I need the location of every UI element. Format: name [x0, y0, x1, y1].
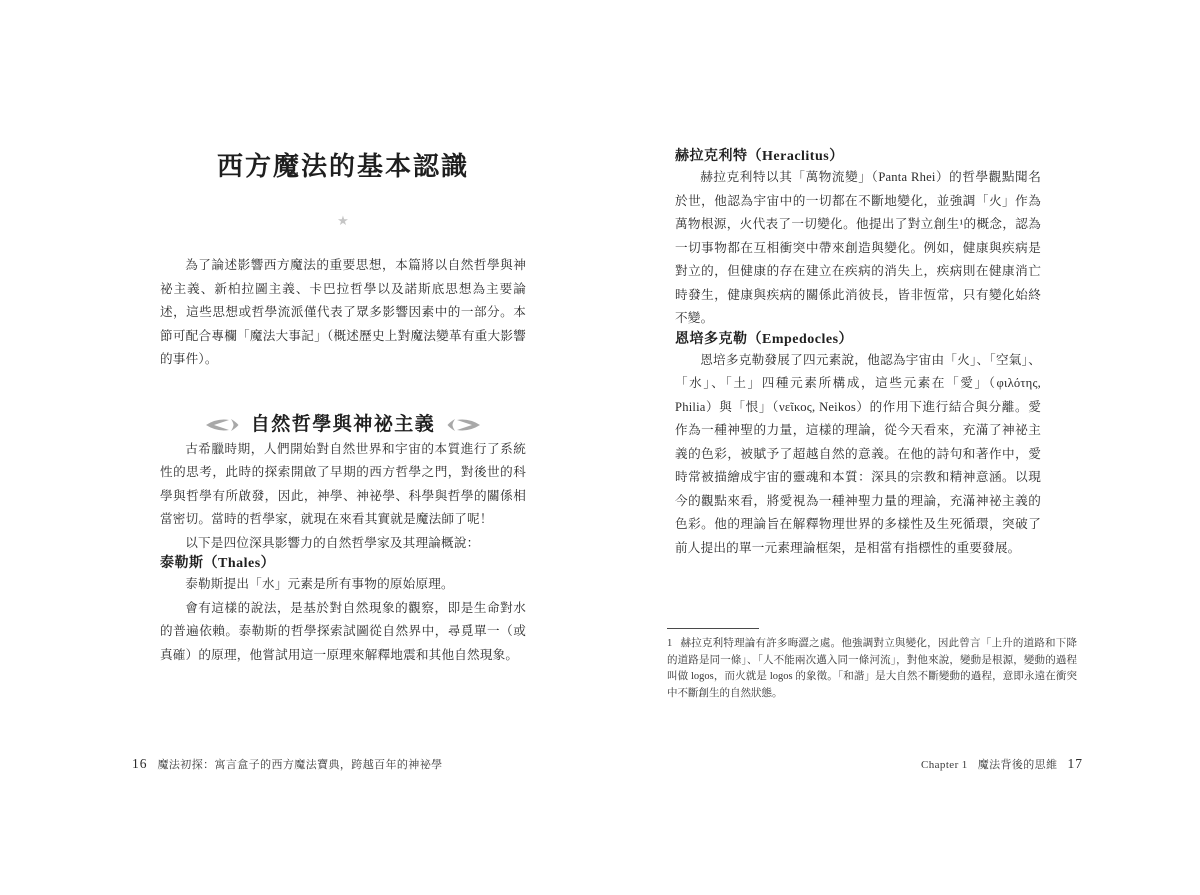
leaf-flourish-left-icon: [205, 417, 239, 433]
footnote-block: 1赫拉克利特理論有許多晦澀之處。他強調對立與變化，因此曾言「上升的道路和下降的道…: [667, 628, 1077, 702]
left-page: 西方魔法的基本認識 ★ 為了論述影響西方魔法的重要思想，本篇將以自然哲學與神祕主…: [160, 150, 526, 667]
section-paragraph: 古希臘時期，人們開始對自然世界和宇宙的本質進行了系統性的思考，此時的探索開啟了早…: [160, 438, 526, 532]
page-title: 西方魔法的基本認識: [160, 150, 526, 184]
leaf-flourish-right-icon: [447, 417, 481, 433]
chapter-label: Chapter 1: [921, 759, 968, 771]
entry-paragraph: 恩培多克勒發展了四元素說，他認為宇宙由「火」、「空氣」、「水」、「土」四種元素所…: [675, 349, 1041, 561]
section-heading: 自然哲學與神祕主義: [251, 412, 436, 438]
footnote-divider: [667, 628, 759, 629]
footer-right: Chapter 1魔法背後的思維17: [921, 756, 1083, 772]
entry-heading-thales: 泰勒斯（Thales）: [160, 555, 526, 573]
footer-left: 16魔法初探：寓言盒子的西方魔法寶典，跨越百年的神祕學: [132, 756, 443, 772]
entry-heading-empedocles: 恩培多克勒（Empedocles）: [675, 331, 1041, 349]
footnote: 1赫拉克利特理論有許多晦澀之處。他強調對立與變化，因此曾言「上升的道路和下降的道…: [667, 636, 1077, 702]
entry-heading-heraclitus: 赫拉克利特（Heraclitus）: [675, 148, 1041, 166]
page-number-left: 16: [132, 756, 148, 771]
title-ornament-row: ★: [160, 212, 526, 230]
footnote-marker: 1: [667, 638, 672, 649]
right-page: 赫拉克利特（Heraclitus） 赫拉克利特以其「萬物流變」（Panta Rh…: [675, 148, 1041, 560]
section-paragraph: 以下是四位深具影響力的自然哲學家及其理論概說：: [160, 532, 526, 556]
intro-paragraph: 為了論述影響西方魔法的重要思想，本篇將以自然哲學與神祕主義、新柏拉圖主義、卡巴拉…: [160, 254, 526, 372]
section-heading-row: 自然哲學與神祕主義: [160, 412, 526, 438]
entry-paragraph: 會有這樣的說法，是基於對自然現象的觀察，即是生命對水的普遍依賴。泰勒斯的哲學探索…: [160, 597, 526, 668]
star-icon: ★: [337, 214, 349, 229]
book-title-footer: 魔法初探：寓言盒子的西方魔法寶典，跨越百年的神祕學: [158, 759, 443, 771]
chapter-title-footer: 魔法背後的思維: [978, 759, 1058, 771]
entry-paragraph: 赫拉克利特以其「萬物流變」（Panta Rhei）的哲學觀點聞名於世，他認為宇宙…: [675, 166, 1041, 331]
entry-paragraph: 泰勒斯提出「水」元素是所有事物的原始原理。: [160, 573, 526, 597]
page-number-right: 17: [1068, 756, 1084, 771]
footnote-text: 赫拉克利特理論有許多晦澀之處。他強調對立與變化，因此曾言「上升的道路和下降的道路…: [667, 638, 1077, 699]
